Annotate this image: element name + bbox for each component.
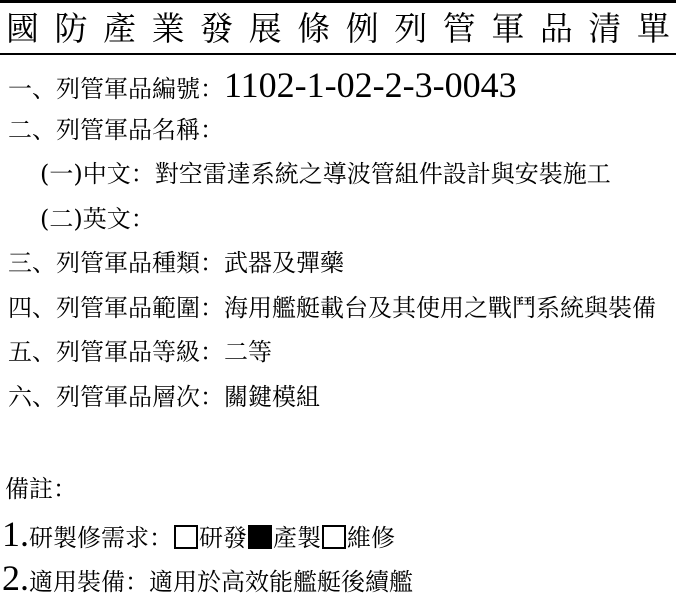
field-row-chinese-name: (一)中文：對空雷達系統之導波管組件設計與安裝施工 [0, 152, 676, 197]
field-value-item-grade: 二等 [224, 338, 272, 366]
field-label: (一)中文： [40, 160, 155, 188]
field-row-item-scope: 四、列管軍品範圍：海用艦艇載台及其使用之戰鬥系統與裝備 [0, 286, 676, 331]
remark-row-rdm-demand: 1.研製修需求：研發產製維修 [0, 512, 676, 557]
field-value-chinese-name: 對空雷達系統之導波管組件設計與安裝施工 [155, 160, 611, 188]
checkbox-label-maintenance: 維修 [347, 524, 395, 552]
field-value-item-category: 武器及彈藥 [224, 249, 344, 277]
field-row-item-level: 六、列管軍品層次：關鍵模組 [0, 375, 676, 420]
field-row-item-name: 二、列管軍品名稱： [0, 108, 676, 153]
field-label: 一、列管軍品編號： [8, 75, 224, 103]
checkbox-label-production: 產製 [273, 524, 321, 552]
field-label: 三、列管軍品種類： [8, 249, 224, 277]
document-page: 國防產業發展條例列管軍品清單 一、列管軍品編號：1102-1-02-2-3-00… [0, 0, 676, 606]
field-label: 五、列管軍品等級： [8, 338, 224, 366]
field-value-item-number: 1102-1-02-2-3-0043 [224, 65, 517, 105]
field-row-item-number: 一、列管軍品編號：1102-1-02-2-3-0043 [0, 63, 676, 108]
field-row-item-category: 三、列管軍品種類：武器及彈藥 [0, 241, 676, 286]
field-label: 四、列管軍品範圍： [8, 294, 224, 322]
checkbox-maintenance-icon [322, 525, 346, 549]
remark-number: 1. [2, 514, 29, 554]
field-label: (二)英文： [40, 205, 155, 233]
checkbox-production-icon [248, 525, 272, 549]
field-label: 六、列管軍品層次： [8, 383, 224, 411]
remark-number: 2. [2, 558, 29, 598]
checkbox-research-icon [174, 525, 198, 549]
remark-label: 研製修需求： [29, 524, 173, 552]
vertical-spacer [0, 419, 676, 467]
remarks-heading: 備註： [0, 467, 676, 512]
document-title: 國防產業發展條例列管軍品清單 [6, 12, 670, 45]
field-label: 二、列管軍品名稱： [8, 116, 224, 144]
checkbox-label-research: 研發 [199, 524, 247, 552]
field-row-english-name: (二)英文： [0, 197, 676, 242]
title-bar: 國防產業發展條例列管軍品清單 [0, 0, 676, 55]
document-body: 一、列管軍品編號：1102-1-02-2-3-0043 二、列管軍品名稱： (一… [0, 55, 676, 601]
remark-label: 適用裝備： [29, 568, 149, 596]
remark-row-applicable-equipment: 2.適用裝備：適用於高效能艦艇後續艦 [0, 556, 676, 601]
field-value-item-level: 關鍵模組 [224, 383, 320, 411]
remark-value-applicable-equipment: 適用於高效能艦艇後續艦 [149, 568, 413, 596]
field-row-item-grade: 五、列管軍品等級：二等 [0, 330, 676, 375]
field-value-item-scope: 海用艦艇載台及其使用之戰鬥系統與裝備 [224, 294, 656, 322]
